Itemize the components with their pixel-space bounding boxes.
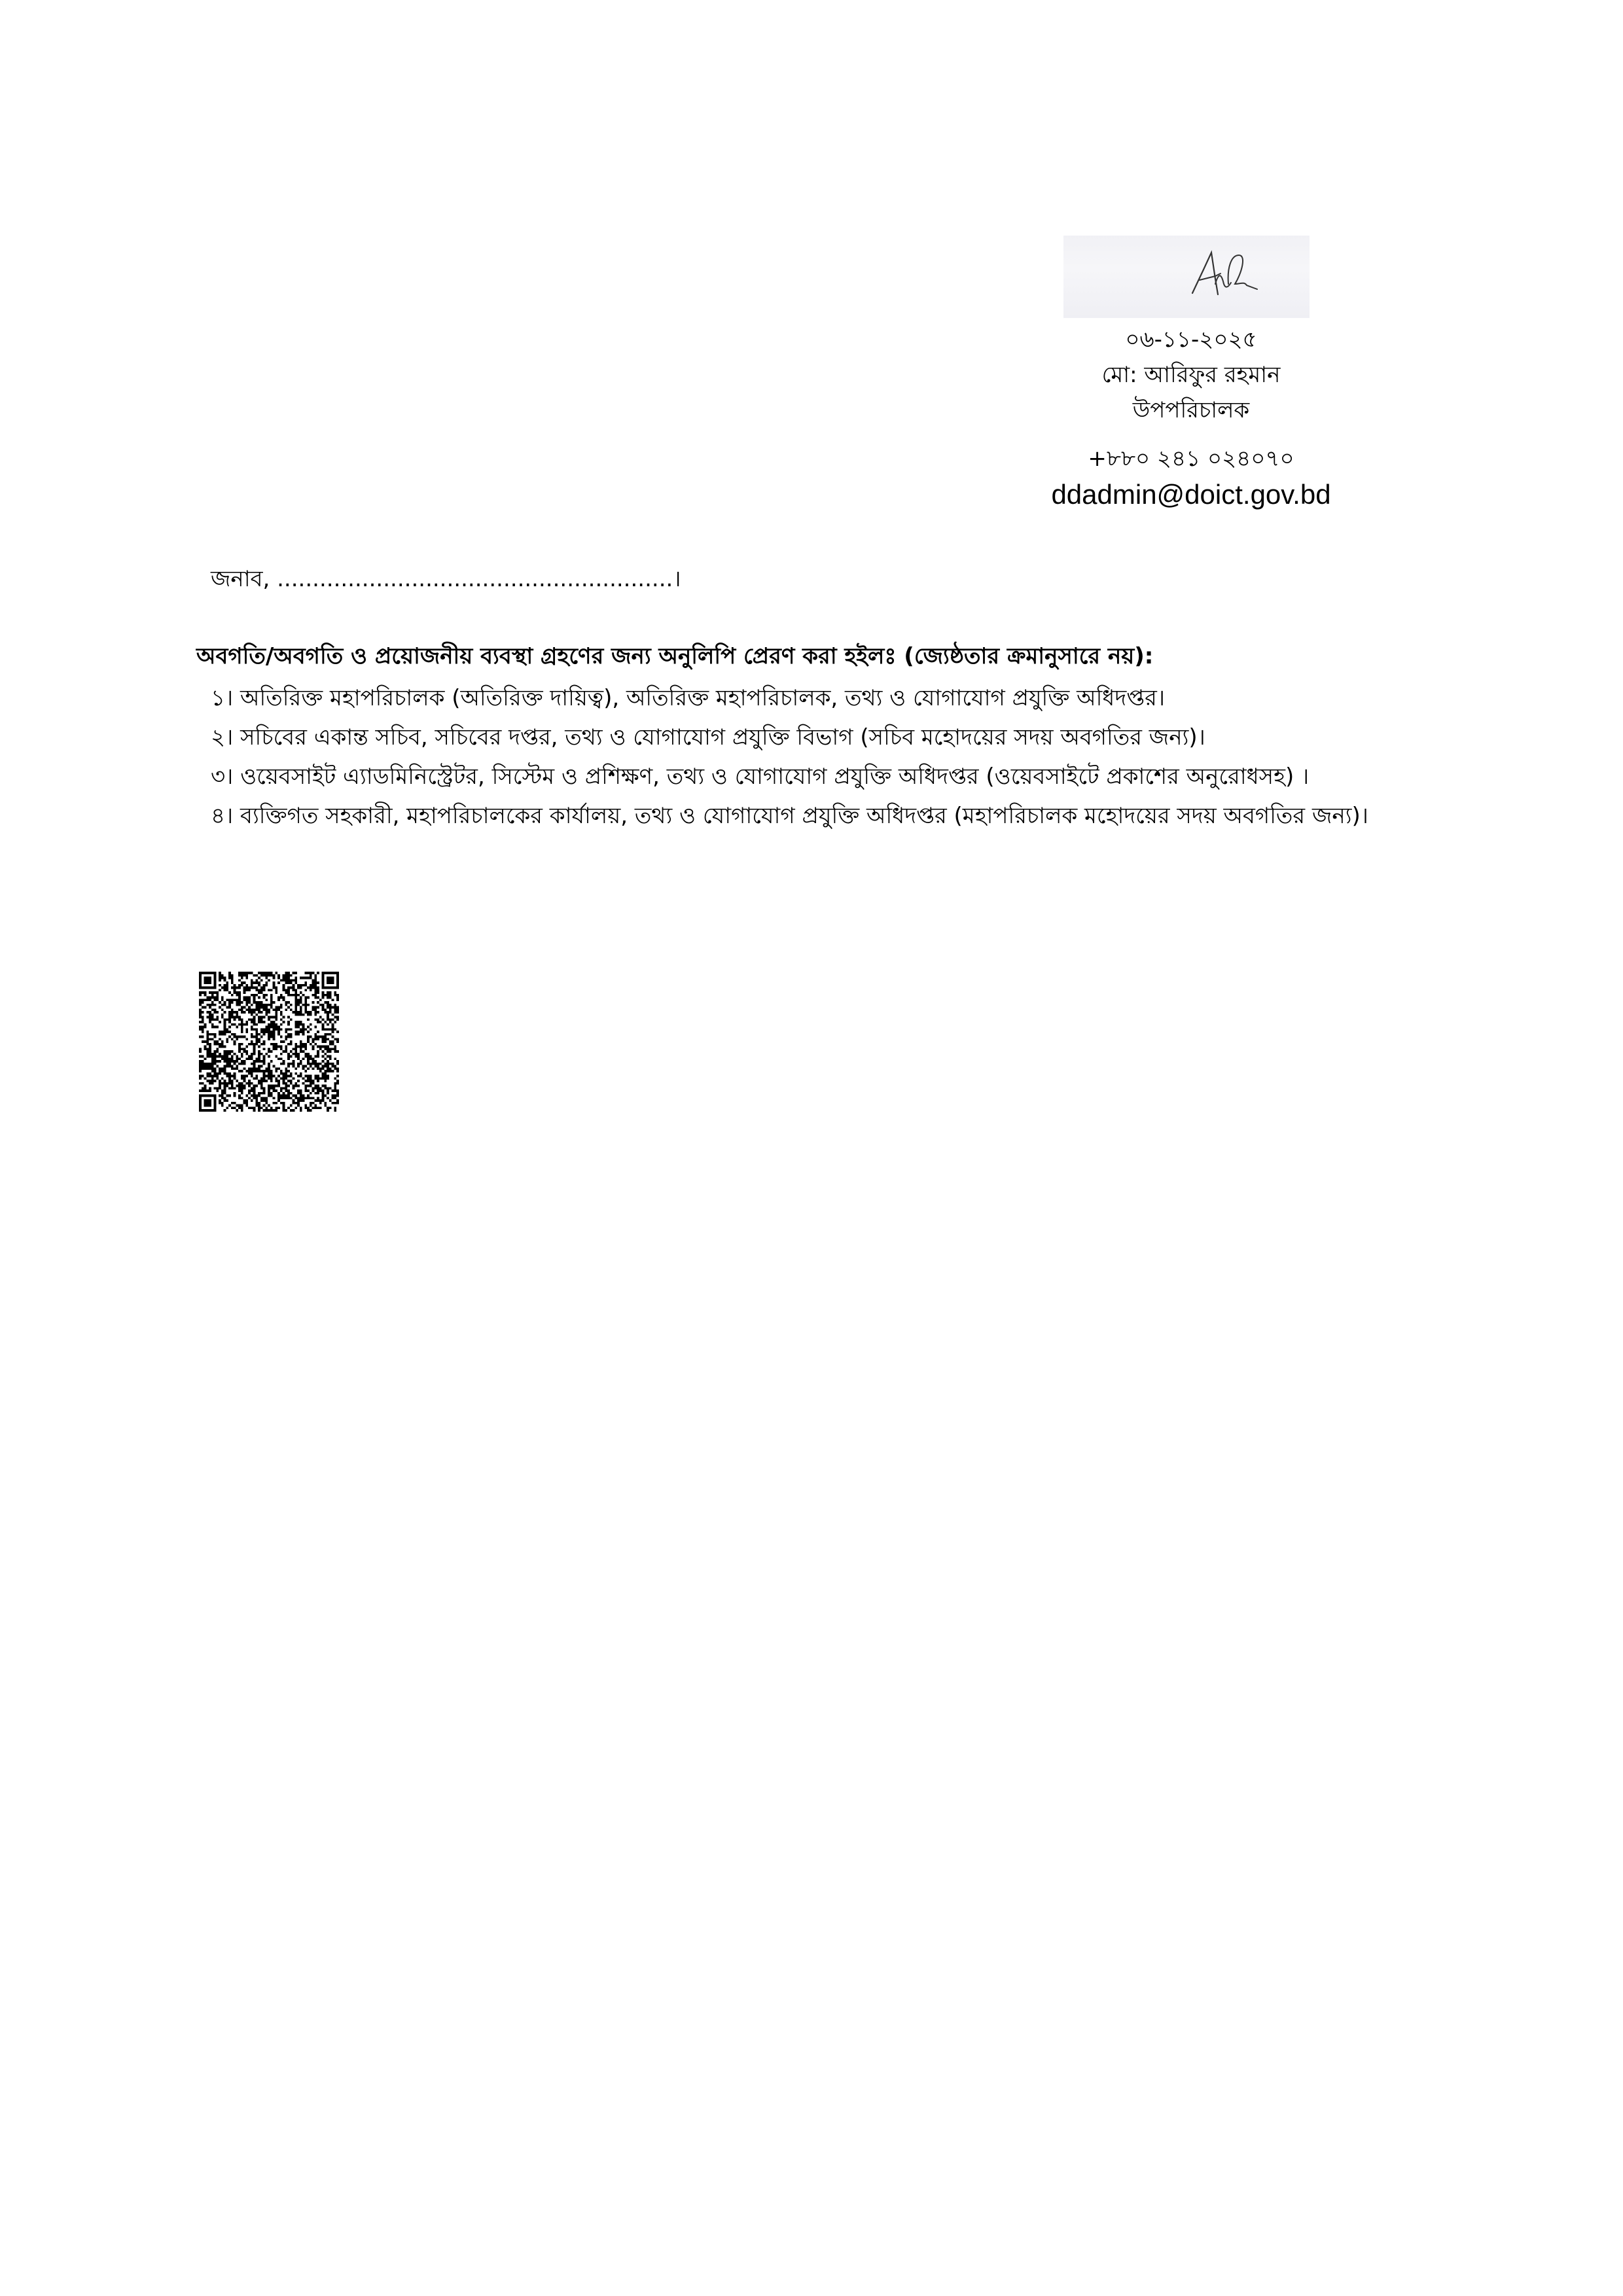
copy-recipient-item: ৪। ব্যক্তিগত সহকারী, মহাপরিচালকের কার্যা… [211,796,1374,836]
copy-distribution-heading: অবগতি/অবগতি ও প্রয়োজনীয় ব্যবস্থা গ্রহণ… [196,638,1374,675]
copy-recipient-list: ১। অতিরিক্ত মহাপরিচালক (অতিরিক্ত দায়িত্… [196,679,1374,836]
signatory-name: মো: আরিফুর রহমান [1021,357,1361,393]
copy-distribution-section: অবগতি/অবগতি ও প্রয়োজনীয় ব্যবস্থা গ্রহণ… [196,638,1374,836]
signatory-phone: +৮৮০ ২৪১ ০২৪০৭০ [1021,441,1361,476]
handwritten-signature-icon [1063,236,1310,318]
signature-date: ০৬-১১-২০২৫ [1021,322,1361,357]
copy-recipient-item: ২। সচিবের একান্ত সচিব, সচিবের দপ্তর, তথ্… [211,718,1374,757]
signature-block: ০৬-১১-২০২৫ মো: আরিফুর রহমান উপপরিচালক +৮… [1021,236,1361,513]
signatory-email[interactable]: ddadmin@doict.gov.bd [1021,476,1361,513]
copy-recipient-item: ৩। ওয়েবসাইট এ্যাডমিনিস্ট্রেটর, সিস্টেম … [211,757,1374,796]
copy-recipient-item: ১। অতিরিক্ত মহাপরিচালক (অতিরিক্ত দায়িত্… [211,679,1374,718]
salutation-line: জনাব, ..................................… [211,561,681,597]
signatory-designation: উপপরিচালক [1021,393,1361,428]
qr-code-icon [199,972,339,1112]
signature-image [1063,236,1310,318]
